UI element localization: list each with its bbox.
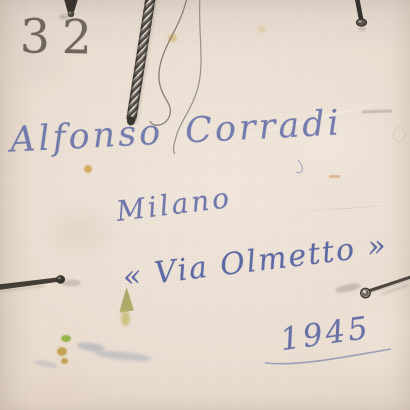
yellow-dot-mid-left [84,165,92,173]
signature-tail [296,160,302,173]
year-inscription: 1945 [278,310,373,358]
blue-gray-smudge-2 [94,349,153,363]
ochre-dot-2 [61,358,68,364]
ink-flourishes [265,160,391,364]
braided-hanging-wire [126,0,156,123]
artist-signature: Alfonso Corradi [9,103,343,160]
right-edge-nail [335,277,410,298]
yellow-spot-top-center [168,34,177,42]
blue-gray-smudge-1 [77,341,106,353]
hardware-overlay [0,0,410,410]
ochre-dot-1 [57,347,67,356]
top-right-nail [357,0,367,31]
orange-dash [329,175,340,178]
ring-mark-right [393,127,406,142]
left-edge-nail [0,275,81,291]
crease-line [227,96,402,141]
painting-back-photo: 32 Alfonso Corradi Milano « Via Olmetto … [0,0,410,410]
olive-green-smudge [119,287,134,313]
bright-green-dot [61,335,71,342]
crease-line-2 [300,205,390,212]
blue-gray-dash [34,359,59,370]
yellow-spot-upper-right [258,26,266,33]
gray-dash-right [362,109,392,113]
top-left-nail [59,0,78,20]
city-inscription: Milano [114,181,233,228]
year-underline [265,349,391,364]
artwork-title: « Via Olmetto » [121,228,390,295]
olive-green-smudge-tail [121,311,130,326]
canvas-texture [0,0,410,410]
loose-wire-strands [150,0,201,154]
inventory-number: 32 [20,9,105,65]
